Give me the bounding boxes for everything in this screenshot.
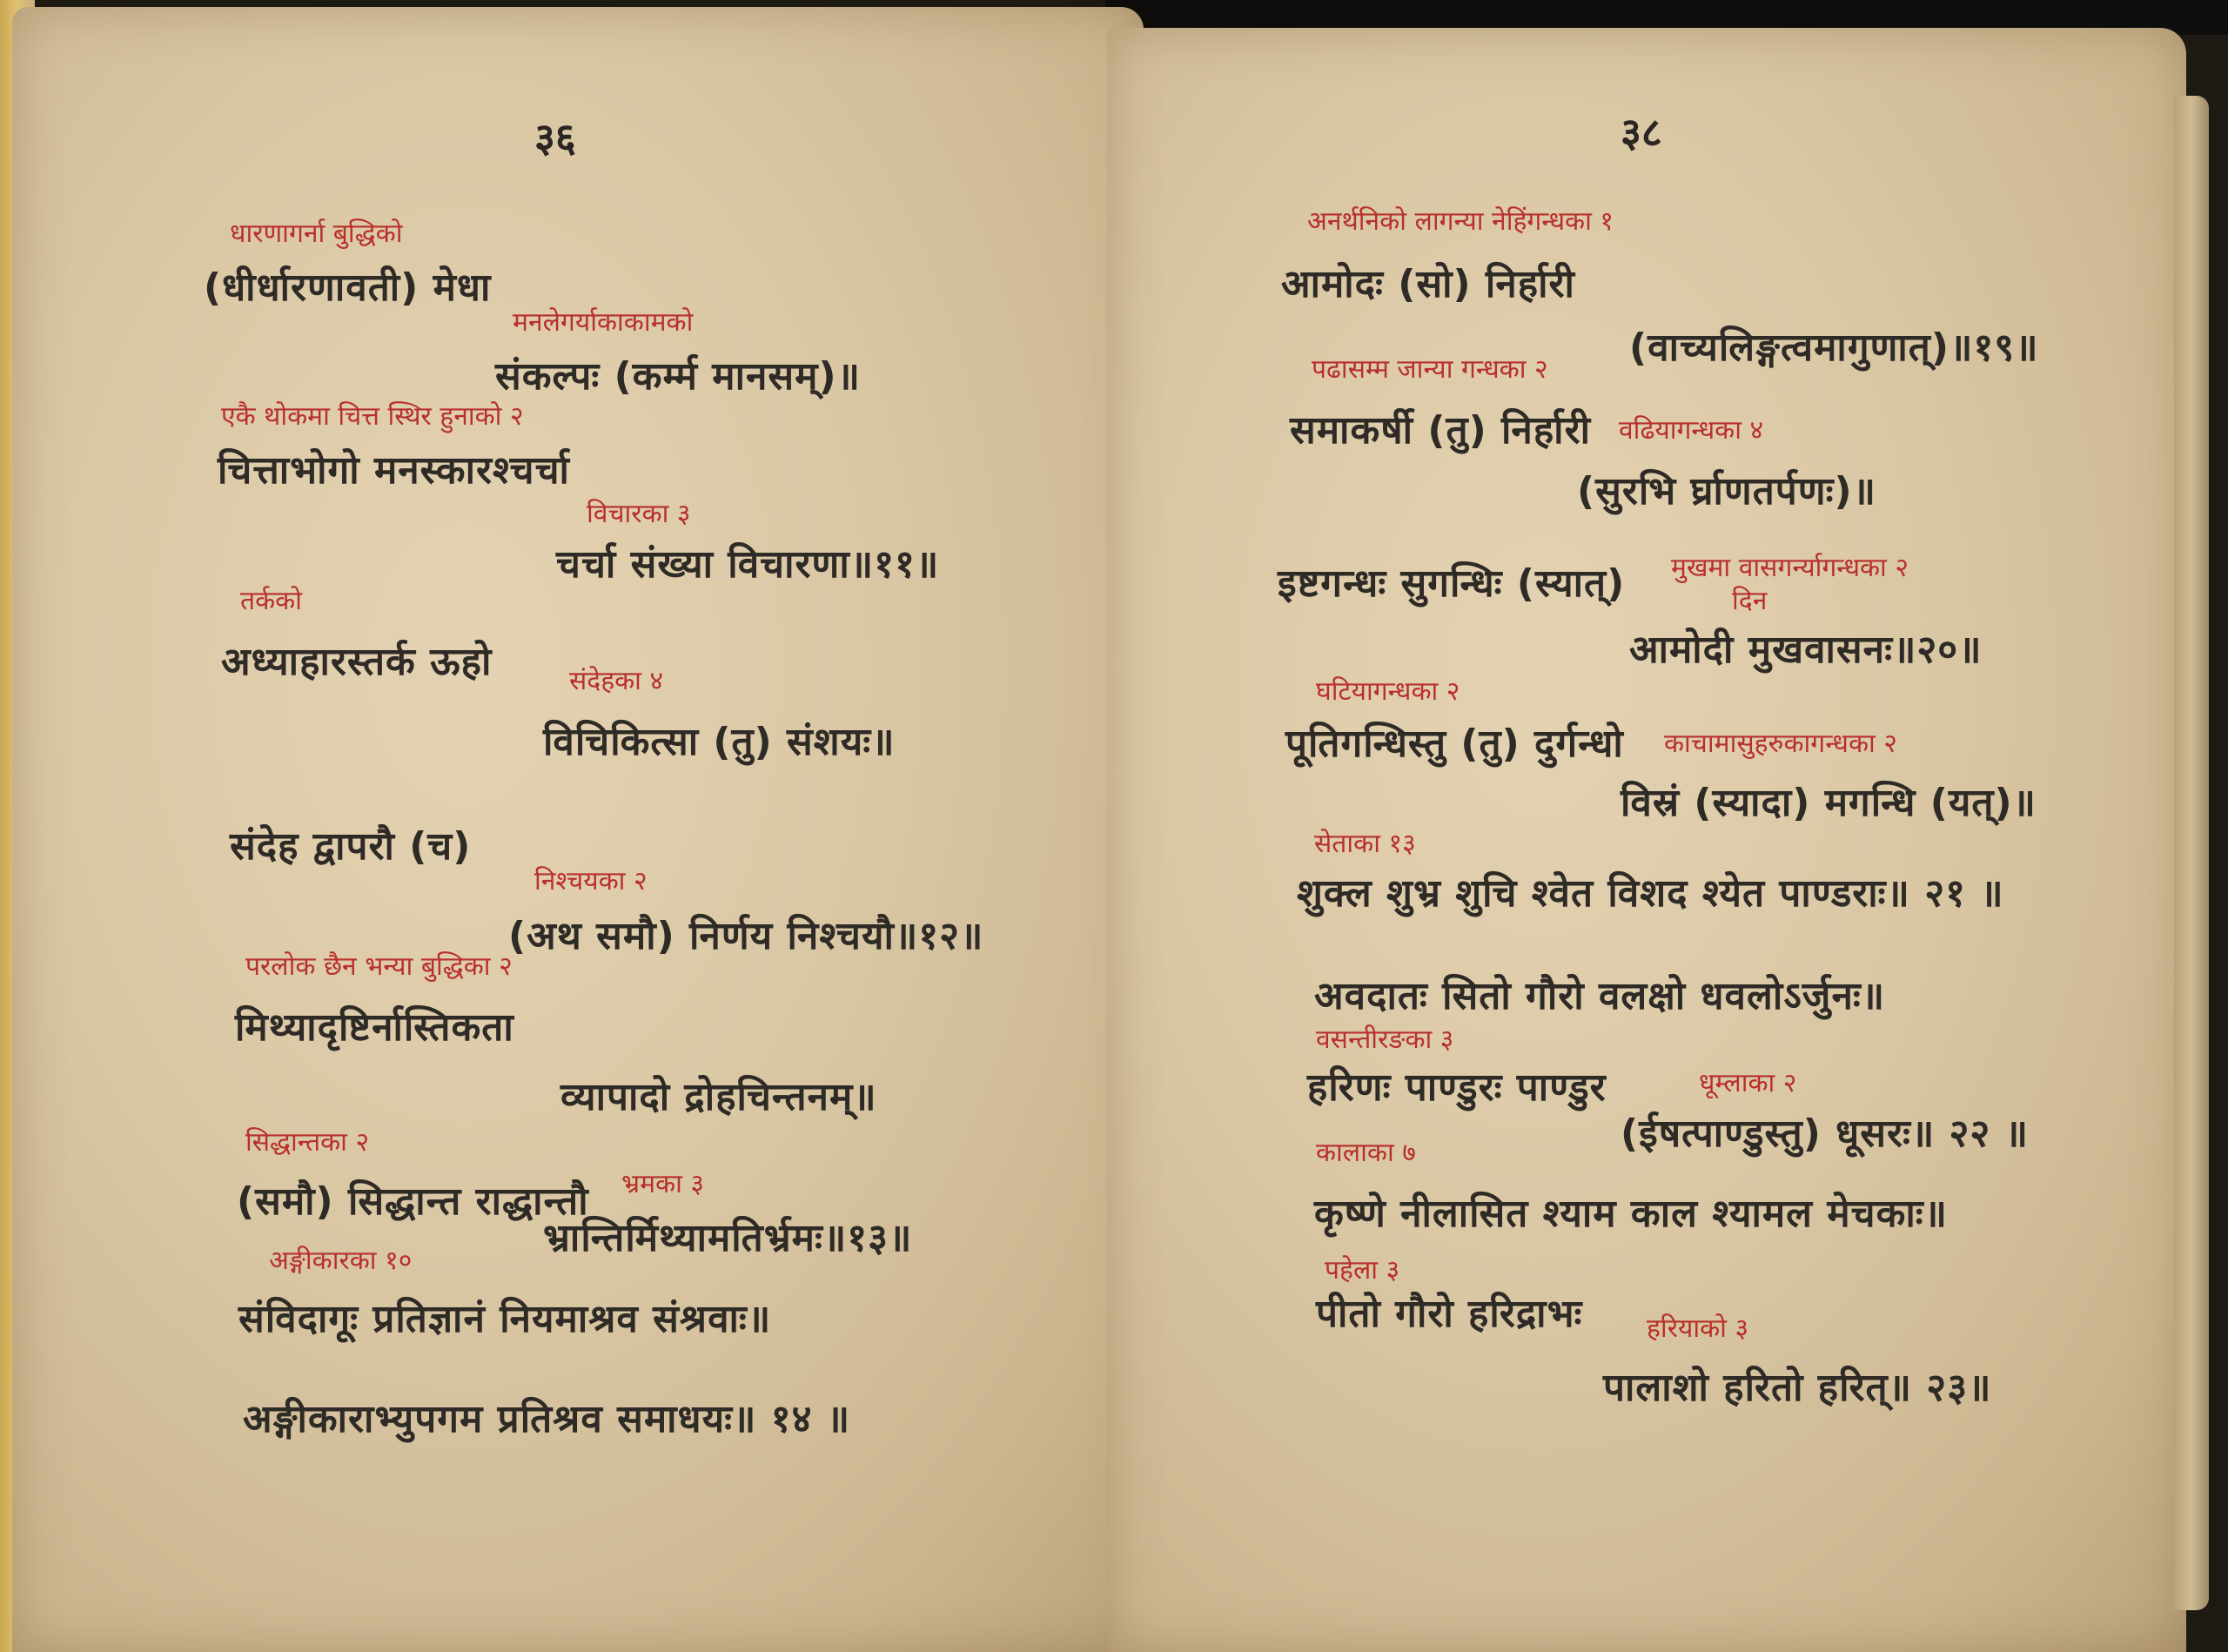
- gloss: एकै थोकमा चित्त स्थिर हुनाको २: [221, 397, 524, 433]
- verse-line: अध्याहारस्तर्क ऊहो: [221, 634, 492, 686]
- verse-line: पालाशो हरितो हरित्॥ २३॥: [1603, 1360, 1991, 1412]
- verse-line: विस्रं (स्यादा) मगन्धि (यत्)॥: [1621, 775, 2037, 827]
- gloss: पहेला ३: [1325, 1251, 1399, 1286]
- verse-line: (अथ समौ) निर्णय निश्चयौ॥१२॥: [508, 908, 983, 960]
- gloss: अनर्थनिको लागन्या नेहिंगन्धका १: [1307, 202, 1614, 238]
- left-page: ३६ धारणागर्ना बुद्धिको (धीर्धारणावती) मे…: [12, 7, 1144, 1652]
- gloss: निश्चयका २: [534, 862, 648, 897]
- right-page: ३८ अनर्थनिको लागन्या नेहिंगन्धका १ आमोदः…: [1107, 28, 2186, 1652]
- verse-line: संविदागूः प्रतिज्ञानं नियमाश्रव संश्रवाः…: [238, 1291, 771, 1343]
- verse-line: चर्चा संख्या विचारणा॥११॥: [556, 536, 939, 588]
- verse-line: इष्टगन्धः सुगन्धिः (स्यात्): [1278, 555, 1625, 608]
- verse-line: संकल्पः (कर्म्म मानसम्)॥: [495, 348, 861, 400]
- gloss: हरियाको ३: [1647, 1309, 1748, 1345]
- gloss: कालाका ७: [1316, 1133, 1416, 1169]
- gloss: पढासम्म जान्या गन्धका २: [1312, 350, 1548, 386]
- verse-line: चित्ताभोगो मनस्कारश्चर्चा: [218, 442, 570, 494]
- verse-line: व्यापादो द्रोहचिन्तनम्॥: [560, 1069, 877, 1121]
- gloss: घटियागन्धका २: [1316, 672, 1460, 708]
- gloss: दिन: [1732, 581, 1767, 617]
- verse-line: आमोदः (सो) निर्हारी: [1281, 256, 1575, 308]
- verse-line: संदेह द्वापरौ (च): [230, 818, 471, 870]
- gloss: परलोक छैन भन्या बुद्धिका २: [245, 947, 513, 983]
- verse-line: (धीर्धारणावती) मेधा: [204, 259, 491, 312]
- verse-line: (समौ) सिद्धान्त राद्धान्तौ: [237, 1173, 589, 1226]
- gloss: तर्कको: [240, 581, 302, 617]
- gloss: काचामासुहरुकागन्धका २: [1664, 724, 1897, 760]
- verse-line: विचिकित्सा (तु) संशयः॥: [543, 714, 895, 766]
- page-number: ३६: [534, 110, 576, 164]
- gloss: संदेहका ४: [569, 661, 663, 697]
- verse-line: अवदातः सितो गौरो वलक्षो धवलोऽर्जुनः॥: [1314, 968, 1885, 1020]
- gloss: मनलेगर्याकाकामको: [513, 303, 693, 339]
- verse-line: (वाच्यलिङ्गत्वमागुणात्)॥१९॥: [1629, 319, 2038, 372]
- gloss: सिद्धान्तका २: [245, 1123, 369, 1158]
- gloss: विचारका ३: [587, 494, 691, 530]
- gloss: वढियागन्धका ४: [1619, 411, 1763, 447]
- gloss: सेताका १३: [1314, 824, 1416, 860]
- verse-line: कृष्णे नीलासित श्याम काल श्यामल मेचकाः॥: [1314, 1185, 1948, 1238]
- gloss: भ्रमका ३: [621, 1165, 704, 1200]
- verse-line: शुक्ल शुभ्र शुचि श्वेत विशद श्येत पाण्डर…: [1297, 865, 2004, 917]
- verse-line: आमोदी मुखवासनः॥२०॥: [1629, 621, 1982, 674]
- gloss: धारणागर्ना बुद्धिको: [230, 214, 402, 250]
- verse-line: हरिणः पाण्डुरः पाण्डुर: [1307, 1059, 1607, 1111]
- verse-line: पूतिगन्धिस्तु (तु) दुर्गन्धो: [1285, 715, 1624, 768]
- page-number: ३८: [1621, 104, 1662, 158]
- verse-line: मिथ्यादृष्टिर्नास्तिकता: [235, 999, 514, 1051]
- verse-line: भ्रान्तिर्मिथ्यामतिर्भ्रमः॥१३॥: [543, 1210, 912, 1262]
- verse-line: अङ्गीकाराभ्युपगम प्रतिश्रव समाधयः॥ १४ ॥: [243, 1391, 850, 1443]
- gloss: मुखमा वासगर्न्यागन्धका २: [1671, 548, 1909, 584]
- verse-line: समाकर्षी (तु) निर्हारी: [1290, 402, 1591, 454]
- gloss: वसन्तीरङका ३: [1316, 1020, 1453, 1056]
- verse-line: पीतो गौरो हरिद्राभः: [1316, 1286, 1582, 1338]
- gloss: अङ्गीकारका १०: [269, 1241, 412, 1277]
- verse-line: (ईषत्पाण्डुस्तु) धूसरः॥ २२ ॥: [1621, 1105, 2029, 1158]
- gloss: धूम्लाका २: [1699, 1064, 1796, 1099]
- page-stack-edge: [2174, 96, 2209, 1610]
- verse-line: (सुरभि र्घ्राणतर्पणः)॥: [1577, 463, 1876, 515]
